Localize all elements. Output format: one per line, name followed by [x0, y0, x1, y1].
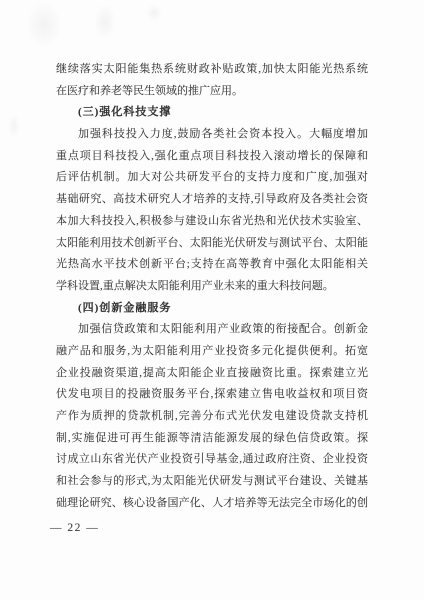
text-line: 加强科技投入力度,鼓励各类社会资本投入。大幅度增加 [56, 124, 368, 146]
text-line: 基础研究、高技术研究人才培养的支持,引导政府及各类社会资 [56, 189, 368, 211]
scan-smudge [146, 4, 162, 22]
text-line: 在医疗和养老等民生领域的推广应用。 [56, 81, 368, 103]
text-line: 和社会参与的形式,为太阳能光伏研发与测试平台建设、关键基 [56, 471, 368, 493]
text-line: 讨成立山东省光伏产业投资引导基金,通过政府注资、企业投资 [56, 449, 368, 471]
scan-smudge [26, 2, 62, 48]
page-number: — 22 — [50, 522, 99, 534]
text-line: 制,实施促进可再生能源等清洁能源发展的绿色信贷政策。探 [56, 428, 368, 450]
section-heading-3: (三)强化科技支撑 [56, 102, 368, 124]
text-line: 太阳能利用技术创新平台、太阳能光伏研发与测试平台、太阳能 [56, 233, 368, 255]
text-line: 础理论研究、核心设备国产化、人才培养等无法完全市场化的创 [56, 493, 368, 515]
text-line: 继续落实太阳能集热系统财政补贴政策,加快太阳能光热系统 [56, 59, 368, 81]
text-line: 企业投融资渠道,提高太阳能企业直接融资比重。探索建立光 [56, 363, 368, 385]
text-line: 后评估机制。加大对公共研发平台的支持力度和广度,加强对 [56, 167, 368, 189]
text-line: 重点项目科技投入,强化重点项目科技投入滚动增长的保障和 [56, 146, 368, 168]
text-line: 加强信贷政策和太阳能利用产业政策的衔接配合。创新金 [56, 319, 368, 341]
text-line: 伏发电项目的投融资服务平台,探索建立售电收益权和项目资 [56, 384, 368, 406]
text-line: 产作为质押的贷款机制,完善分布式光伏发电建设贷款支持机 [56, 406, 368, 428]
text-line: 光热高水平技术创新平台;支持在高等教育中强化太阳能相关 [56, 254, 368, 276]
section-heading-4: (四)创新金融服务 [56, 298, 368, 320]
scan-smudge [94, 4, 116, 40]
scan-smudge [8, 114, 20, 138]
page-content: 继续落实太阳能集热系统财政补贴政策,加快太阳能光热系统 在医疗和养老等民生领域的… [56, 59, 368, 514]
text-line: 学科设置,重点解决太阳能利用产业未来的重大科技问题。 [56, 276, 368, 298]
text-line: 本加大科技投入,积极参与建设山东省光热和光伏技术实验室、 [56, 211, 368, 233]
document-page: 继续落实太阳能集热系统财政补贴政策,加快太阳能光热系统 在医疗和养老等民生领域的… [0, 0, 424, 600]
text-line: 融产品和服务,为太阳能利用产业投资多元化提供便利。拓宽 [56, 341, 368, 363]
